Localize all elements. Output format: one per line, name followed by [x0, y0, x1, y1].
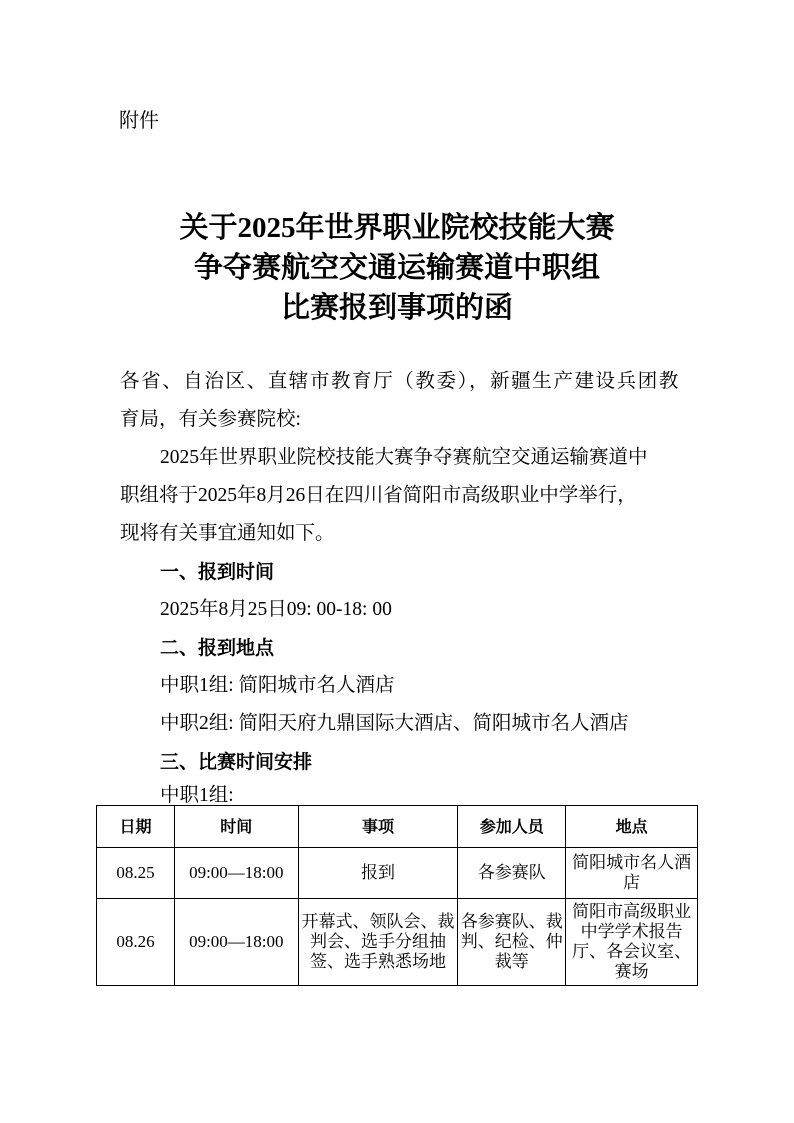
schedule-table: 日期 时间 事项 参加人员 地点 08.25 09:00—18:00 报到 各参…	[96, 805, 698, 986]
cell-item: 报到	[298, 848, 458, 899]
document-title-line-1: 关于2025年世界职业院校技能大赛	[0, 208, 794, 248]
section-heading-schedule: 三、比赛时间安排	[160, 743, 312, 781]
document-title-line-3: 比赛报到事项的函	[0, 288, 794, 328]
intro-line-2: 职组将于2025年8月26日在四川省简阳市高级职业中学举行，	[120, 477, 637, 515]
salutation-line-2: 育局，有关参赛院校:	[120, 401, 301, 439]
section-heading-registration-time: 一、报到时间	[160, 553, 274, 591]
header-item: 事项	[298, 806, 458, 848]
header-participants: 参加人员	[458, 806, 566, 848]
cell-time: 09:00—18:00	[174, 899, 298, 986]
intro-line-1: 2025年世界职业院校技能大赛争夺赛航空交通运输赛道中	[160, 439, 648, 477]
cell-participants: 各参赛队	[458, 848, 566, 899]
registration-time-text: 2025年8月25日09: 00-18: 00	[160, 591, 392, 629]
table-row: 08.26 09:00—18:00 开幕式、领队会、裁判会、选手分组抽签、选手熟…	[97, 899, 698, 986]
intro-line-3: 现将有关事宜通知如下。	[120, 515, 335, 553]
table-row: 08.25 09:00—18:00 报到 各参赛队 简阳城市名人酒店	[97, 848, 698, 899]
header-date: 日期	[97, 806, 175, 848]
cell-location: 简阳城市名人酒店	[566, 848, 698, 899]
section-heading-registration-location: 二、报到地点	[160, 629, 274, 667]
cell-time: 09:00—18:00	[174, 848, 298, 899]
cell-location: 简阳市高级职业中学学术报告厅、各会议室、赛场	[566, 899, 698, 986]
salutation-line-1: 各省、自治区、直辖市教育厅（教委），新疆生产建设兵团教	[120, 363, 680, 401]
document-title-line-2: 争夺赛航空交通运输赛道中职组	[0, 248, 794, 288]
header-location: 地点	[566, 806, 698, 848]
cell-item: 开幕式、领队会、裁判会、选手分组抽签、选手熟悉场地	[298, 899, 458, 986]
table-header-row: 日期 时间 事项 参加人员 地点	[97, 806, 698, 848]
cell-participants: 各参赛队、裁判、纪检、仲裁等	[458, 899, 566, 986]
cell-date: 08.26	[97, 899, 175, 986]
cell-date: 08.25	[97, 848, 175, 899]
location-group-2: 中职2组: 简阳天府九鼎国际大酒店、简阳城市名人酒店	[160, 705, 629, 743]
location-group-1: 中职1组: 简阳城市名人酒店	[160, 667, 395, 705]
attachment-label: 附件	[119, 104, 159, 133]
header-time: 时间	[174, 806, 298, 848]
